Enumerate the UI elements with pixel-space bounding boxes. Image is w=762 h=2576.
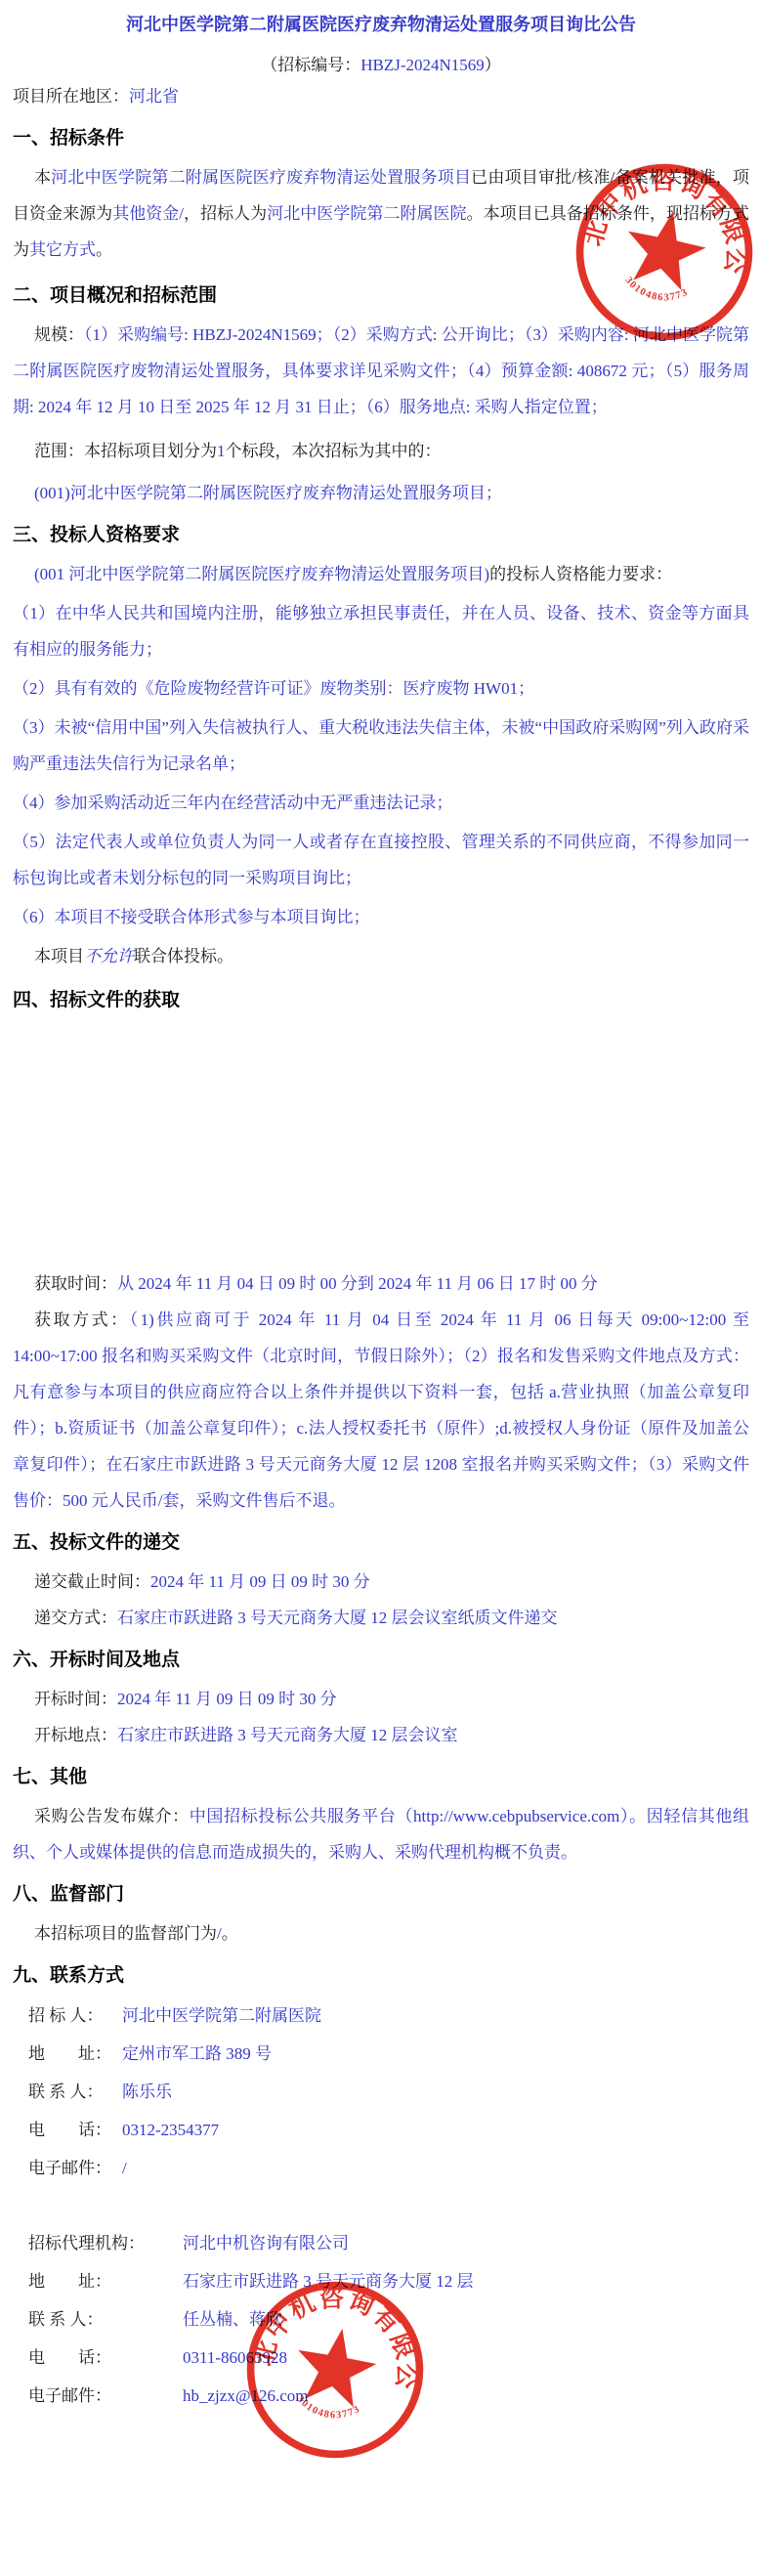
region-value: 河北省 bbox=[129, 87, 179, 106]
text-segment: 的投标人资格能力要求： bbox=[489, 565, 672, 583]
contact-label: 电子邮件： bbox=[28, 2149, 122, 2187]
contact-label: 联 系 人： bbox=[28, 2300, 183, 2339]
contact-label: 电子邮件： bbox=[28, 2377, 183, 2415]
text-segment: 。 bbox=[96, 240, 112, 259]
qualification-item-2: （2）具有有效的《危险废物经营许可证》废物类别：医疗废物 HW01； bbox=[13, 670, 749, 707]
submission-method-label: 递交方式： bbox=[34, 1609, 117, 1627]
funding-source-highlight: 其他资金/ bbox=[112, 204, 184, 223]
requirement-text: （2）具有有效的《危险废物经营许可证》废物类别：医疗废物 HW01； bbox=[13, 679, 534, 698]
submission-deadline-line: 递交截止时间：2024 年 11 月 09 日 09 时 30 分 bbox=[13, 1564, 749, 1600]
tender-number-suffix: ） bbox=[485, 56, 501, 74]
section-9-heading: 九、联系方式 bbox=[13, 1957, 749, 1995]
document-body: 河北中医学院第二附属医院医疗废弃物清运处置服务项目询比公告 （招标编号：HBZJ… bbox=[0, 12, 762, 2415]
text-segment: 本项目 bbox=[34, 947, 84, 966]
lot-reference-highlight: (001 河北中医学院第二附属医院医疗废弃物清运处置服务项目) bbox=[34, 565, 489, 583]
lot-name-line: (001)河北中医学院第二附属医院医疗废弃物清运处置服务项目； bbox=[13, 475, 749, 511]
contact-label: 地 址： bbox=[28, 2035, 122, 2073]
qualification-item-1: （1）在中华人民共和国境内注册，能够独立承担民事责任，并在人员、设备、技术、资金… bbox=[13, 595, 749, 667]
opening-place-value: 石家庄市跃进路 3 号天元商务大厦 12 层会议室 bbox=[117, 1726, 458, 1744]
opening-time-label: 开标时间： bbox=[34, 1690, 117, 1708]
text-segment: ，招标人为 bbox=[184, 204, 267, 223]
agency-phone-value: 0311-86063928 bbox=[183, 2348, 287, 2367]
agency-phone-row: 电 话：0311-86063928 bbox=[28, 2339, 749, 2377]
tenderer-email-value: / bbox=[122, 2159, 127, 2177]
lot-count-highlight: 1 bbox=[217, 442, 226, 460]
tenderer-address-value: 定州市军工路 389 号 bbox=[122, 2044, 272, 2063]
obtain-method-value: （1)供应商可于 2024 年 11 月 04 日至 2024 年 11 月 0… bbox=[13, 1310, 749, 1510]
bid-opening-time-line: 开标时间：2024 年 11 月 09 日 09 时 30 分 bbox=[13, 1681, 749, 1717]
agency-contact-person-value: 任丛楠、蒋欣 bbox=[183, 2310, 282, 2329]
page-title: 河北中医学院第二附属医院医疗废弃物清运处置服务项目询比公告 bbox=[13, 12, 749, 37]
deadline-label: 递交截止时间： bbox=[34, 1572, 150, 1591]
text-segment: 联合体投标。 bbox=[134, 947, 233, 966]
submission-method-value: 石家庄市跃进路 3 号天元商务大厦 12 层会议室纸质文件递交 bbox=[117, 1609, 558, 1627]
contact-label: 电 话： bbox=[28, 2339, 183, 2377]
tenderer-name-row: 招 标 人：河北中医学院第二附属医院 bbox=[28, 1996, 749, 2035]
opening-time-value: 2024 年 11 月 09 日 09 时 30 分 bbox=[117, 1690, 337, 1708]
tenderer-phone-value: 0312-2354377 bbox=[122, 2121, 219, 2139]
agency-contact-person-row: 联 系 人：任丛楠、蒋欣 bbox=[28, 2300, 749, 2339]
contact-label: 招 标 人： bbox=[28, 1996, 122, 2035]
section-1-heading: 一、招标条件 bbox=[13, 120, 749, 157]
tender-number-prefix: （招标编号： bbox=[261, 56, 360, 74]
requirement-text: （3）未被“信用中国”列入失信被执行人、重大税收违法失信主体，未被“中国政府采购… bbox=[13, 718, 749, 773]
agency-email-row: 电子邮件：hb_zjzx@126.com bbox=[28, 2377, 749, 2415]
text-segment: 个标段，本次招标为其中的： bbox=[226, 442, 442, 460]
project-scale-paragraph: 规模：（1）采购编号: HBZJ-2024N1569；（2）采购方式: 公开询比… bbox=[13, 317, 749, 425]
requirement-text: （1）在中华人民共和国境内注册，能够独立承担民事责任，并在人员、设备、技术、资金… bbox=[13, 604, 749, 659]
requirement-text: （5）法定代表人或单位负责人为同一人或者存在直接控股、管理关系的不同供应商，不得… bbox=[13, 833, 749, 887]
region-label: 项目所在地区： bbox=[13, 87, 129, 106]
text-segment: 本招标项目的监督部门为 bbox=[34, 1924, 217, 1943]
announcement-media-paragraph: 采购公告发布媒介：中国招标投标公共服务平台（http://www.cebpubs… bbox=[13, 1798, 749, 1870]
tenderer-email-row: 电子邮件：/ bbox=[28, 2149, 749, 2187]
text-segment: 。 bbox=[222, 1924, 238, 1943]
tenderer-name-highlight: 河北中医学院第二附属医院 bbox=[267, 204, 466, 223]
obtain-time-value: 从 2024 年 11 月 04 日 09 时 00 分到 2024 年 11 … bbox=[117, 1274, 598, 1293]
tenderer-name-value: 河北中医学院第二附属医院 bbox=[122, 2006, 321, 2025]
agency-email-value: hb_zjzx@126.com bbox=[183, 2386, 309, 2405]
agency-contact-block: 招标代理机构：河北中机咨询有限公司 地 址：石家庄市跃进路 3 号天元商务大厦 … bbox=[28, 2224, 749, 2415]
scale-label: 规模： bbox=[34, 325, 84, 344]
document-obtain-method-paragraph: 获取方式：（1)供应商可于 2024 年 11 月 04 日至 2024 年 1… bbox=[13, 1302, 749, 1519]
submission-method-line: 递交方式：石家庄市跃进路 3 号天元商务大厦 12 层会议室纸质文件递交 bbox=[13, 1600, 749, 1636]
section-6-heading: 六、开标时间及地点 bbox=[13, 1642, 749, 1679]
section-2-heading: 二、项目概况和招标范围 bbox=[13, 278, 749, 315]
scale-value: （1）采购编号: HBZJ-2024N1569；（2）采购方式: 公开询比；（3… bbox=[13, 325, 749, 416]
bid-opening-place-line: 开标地点：石家庄市跃进路 3 号天元商务大厦 12 层会议室 bbox=[13, 1717, 749, 1753]
qualification-item-6: （6）本项目不接受联合体形式参与本项目询比； bbox=[13, 899, 749, 935]
agency-address-value: 石家庄市跃进路 3 号天元商务大厦 12 层 bbox=[183, 2272, 474, 2291]
tender-method-highlight: 其它方式 bbox=[29, 240, 96, 259]
tenderer-contact-person-value: 陈乐乐 bbox=[122, 2082, 172, 2101]
agency-name-row: 招标代理机构：河北中机咨询有限公司 bbox=[28, 2224, 749, 2262]
range-label: 范围：本招标项目划分为 bbox=[34, 442, 217, 460]
qualification-intro-paragraph: (001 河北中医学院第二附属医院医疗废弃物清运处置服务项目)的投标人资格能力要… bbox=[13, 556, 749, 592]
section-7-heading: 七、其他 bbox=[13, 1759, 749, 1796]
media-label: 采购公告发布媒介： bbox=[34, 1807, 190, 1825]
consortium-note-line: 本项目不允许联合体投标。 bbox=[13, 938, 749, 974]
agency-address-row: 地 址：石家庄市跃进路 3 号天元商务大厦 12 层 bbox=[28, 2262, 749, 2300]
project-range-line: 范围：本招标项目划分为1个标段，本次招标为其中的： bbox=[13, 433, 749, 469]
contact-label: 地 址： bbox=[28, 2262, 183, 2300]
supervision-department-line: 本招标项目的监督部门为/。 bbox=[13, 1915, 749, 1952]
tenderer-phone-row: 电 话：0312-2354377 bbox=[28, 2111, 749, 2149]
qualification-item-4: （4）参加采购活动近三年内在经营活动中无严重违法记录； bbox=[13, 785, 749, 821]
requirement-text: （4）参加采购活动近三年内在经营活动中无严重违法记录； bbox=[13, 794, 453, 812]
tenderer-contact-person-row: 联 系 人：陈乐乐 bbox=[28, 2073, 749, 2111]
deadline-value: 2024 年 11 月 09 日 09 时 30 分 bbox=[150, 1572, 370, 1591]
text-segment: 本 bbox=[34, 168, 51, 187]
lot-name-highlight: (001)河北中医学院第二附属医院医疗废弃物清运处置服务项目； bbox=[34, 484, 502, 502]
project-region-line: 项目所在地区：河北省 bbox=[13, 78, 749, 114]
contact-label: 联 系 人： bbox=[28, 2073, 122, 2111]
contact-label: 电 话： bbox=[28, 2111, 122, 2149]
contact-label: 招标代理机构： bbox=[28, 2224, 183, 2262]
tender-announcement-page: 河北中医学院第二附属医院医疗废弃物清运处置服务项目询比公告 （招标编号：HBZJ… bbox=[0, 0, 762, 2576]
document-obtain-time-line: 获取时间：从 2024 年 11 月 04 日 09 时 00 分到 2024 … bbox=[13, 1266, 749, 1302]
section-3-heading: 三、投标人资格要求 bbox=[13, 517, 749, 554]
tenderer-address-row: 地 址：定州市军工路 389 号 bbox=[28, 2035, 749, 2073]
opening-place-label: 开标地点： bbox=[34, 1726, 117, 1744]
project-name-highlight: 河北中医学院第二附属医院医疗废弃物清运处置服务项目 bbox=[51, 168, 471, 187]
section-5-heading: 五、投标文件的递交 bbox=[13, 1524, 749, 1562]
requirement-text: （6）本项目不接受联合体形式参与本项目询比； bbox=[13, 908, 370, 926]
tender-number-value: HBZJ-2024N1569 bbox=[360, 56, 485, 74]
qualification-item-3: （3）未被“信用中国”列入失信被执行人、重大税收违法失信主体，未被“中国政府采购… bbox=[13, 709, 749, 782]
agency-name-value: 河北中机咨询有限公司 bbox=[183, 2234, 349, 2253]
blank-spacer bbox=[13, 1021, 749, 1266]
obtain-method-label: 获取方式： bbox=[34, 1310, 130, 1329]
tender-conditions-paragraph: 本河北中医学院第二附属医院医疗废弃物清运处置服务项目已由项目审批/核准/备案机关… bbox=[13, 159, 749, 268]
qualification-item-5: （5）法定代表人或单位负责人为同一人或者存在直接控股、管理关系的不同供应商，不得… bbox=[13, 824, 749, 896]
tender-number-line: （招标编号：HBZJ-2024N1569） bbox=[13, 53, 749, 78]
tenderer-contact-block: 招 标 人：河北中医学院第二附属医院 地 址：定州市军工路 389 号 联 系 … bbox=[28, 1996, 749, 2187]
not-allowed-highlight: 不允许 bbox=[84, 947, 134, 966]
section-8-heading: 八、监督部门 bbox=[13, 1876, 749, 1913]
obtain-time-label: 获取时间： bbox=[34, 1274, 117, 1293]
section-4-heading: 四、招标文件的获取 bbox=[13, 982, 749, 1019]
